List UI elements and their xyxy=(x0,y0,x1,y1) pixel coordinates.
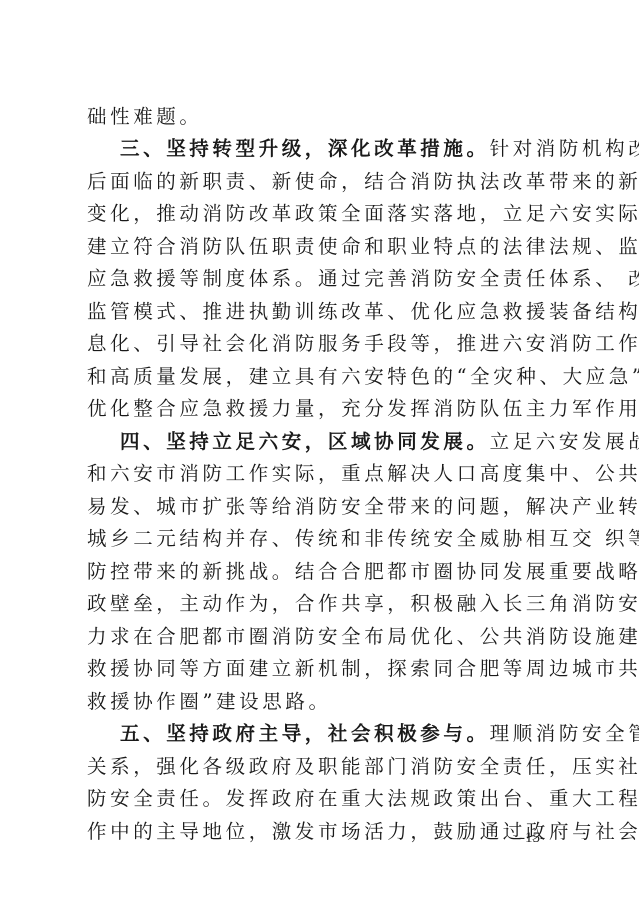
text-line: 息化、引导社会化消防服务手段等，推进六安消防工作转型升级 xyxy=(87,328,562,359)
text-line: 建立符合消防队伍职责使命和职业特点的法律法规、监督执法、 xyxy=(87,231,562,262)
line-text: 作中的主导地位，激发市场活力，鼓励通过政府与社会资本合作、 xyxy=(87,820,639,843)
section-heading-line: 三、坚持转型升级，深化改革措施。针对消防机构改革转制 xyxy=(120,133,562,164)
line-text: 础性难题。 xyxy=(87,105,203,128)
text-line: 作中的主导地位，激发市场活力，鼓励通过政府与社会资本合作、 xyxy=(87,816,562,847)
text-line: 和六安市消防工作实际，重点解决人口高度集中、公共安全事件 xyxy=(87,458,562,489)
section-heading: 三、坚持转型升级，深化改革措施。 xyxy=(120,137,490,160)
line-text: 防安全责任。发挥政府在重大法规政策出台、重大工程建设等工 xyxy=(87,787,639,810)
line-text: 应急救援等制度体系。通过完善消防安全责任体系、 改革消防 xyxy=(87,267,639,290)
document-page: 础性难题。三、坚持转型升级，深化改革措施。针对消防机构改革转制后面临的新职责、新… xyxy=(0,0,639,905)
line-text: 理顺消防安全管理职责 xyxy=(490,722,639,745)
text-line: 关系，强化各级政府及职能部门消防安全责任，压实社会单位消 xyxy=(87,751,562,782)
text-line: 和高质量发展，建立具有六安特色的“全灾种、大应急”工作机制， xyxy=(87,361,562,392)
text-line: 救援协同等方面建立新机制，探索同合肥等周边城市共建“消防 xyxy=(87,653,562,684)
line-text: 立足六安发展战略定位 xyxy=(490,430,639,453)
section-heading-line: 五、坚持政府主导，社会积极参与。理顺消防安全管理职责 xyxy=(120,718,562,749)
line-text: 政壁垒，主动作为，合作共享，积极融入长三角消防安全工作， xyxy=(87,592,639,615)
text-line: 易发、城市扩张等给消防安全带来的问题，解决产业转型升级、 xyxy=(87,491,562,522)
section-heading: 五、坚持政府主导，社会积极参与。 xyxy=(120,722,490,745)
text-line: 防安全责任。发挥政府在重大法规政策出台、重大工程建设等工 xyxy=(87,783,562,814)
section-heading: 四、坚持立足六安，区域协同发展。 xyxy=(120,430,490,453)
line-text: 后面临的新职责、新使命，结合消防执法改革带来的新要求、新 xyxy=(87,170,639,193)
line-text: 变化，推动消防改革政策全面落实落地，立足六安实际， 推动 xyxy=(87,202,639,225)
line-text: 针对消防机构改革转制 xyxy=(490,137,639,160)
text-line: 础性难题。 xyxy=(87,101,562,132)
line-text: 防控带来的新挑战。结合合肥都市圈协同发展重要战略，打破行 xyxy=(87,560,639,583)
text-line: 救援协作圈”建设思路。 xyxy=(87,686,562,717)
line-text: 和高质量发展，建立具有六安特色的“全灾种、大应急”工作机制， xyxy=(87,365,639,388)
line-text: 息化、引导社会化消防服务手段等，推进六安消防工作转型升级 xyxy=(87,332,639,355)
text-line: 应急救援等制度体系。通过完善消防安全责任体系、 改革消防 xyxy=(87,263,562,294)
line-text: 救援协作圈”建设思路。 xyxy=(87,690,332,713)
section-heading-line: 四、坚持立足六安，区域协同发展。立足六安发展战略定位 xyxy=(120,426,562,457)
line-text: 救援协同等方面建立新机制，探索同合肥等周边城市共建“消防 xyxy=(87,657,639,680)
page-number: -15- xyxy=(520,830,545,847)
text-line: 政壁垒，主动作为，合作共享，积极融入长三角消防安全工作， xyxy=(87,588,562,619)
line-text: 建立符合消防队伍职责使命和职业特点的法律法规、监督执法、 xyxy=(87,235,639,258)
line-text: 关系，强化各级政府及职能部门消防安全责任，压实社会单位消 xyxy=(87,755,639,778)
text-line: 变化，推动消防改革政策全面落实落地，立足六安实际， 推动 xyxy=(87,198,562,229)
text-line: 优化整合应急救援力量，充分发挥消防队伍主力军作用。 xyxy=(87,393,562,424)
line-text: 优化整合应急救援力量，充分发挥消防队伍主力军作用。 xyxy=(87,397,639,420)
text-line: 防控带来的新挑战。结合合肥都市圈协同发展重要战略，打破行 xyxy=(87,556,562,587)
text-line: 城乡二元结构并存、传统和非传统安全威胁相互交 织等给火灾 xyxy=(87,523,562,554)
text-line: 监管模式、推进执勤训练改革、优化应急救援装备结构、应用信 xyxy=(87,296,562,327)
text-line: 后面临的新职责、新使命，结合消防执法改革带来的新要求、新 xyxy=(87,166,562,197)
line-text: 监管模式、推进执勤训练改革、优化应急救援装备结构、应用信 xyxy=(87,300,639,323)
line-text: 力求在合肥都市圈消防安全布局优化、公共消防设施建设、应急 xyxy=(87,625,639,648)
text-line: 力求在合肥都市圈消防安全布局优化、公共消防设施建设、应急 xyxy=(87,621,562,652)
line-text: 易发、城市扩张等给消防安全带来的问题，解决产业转型升级、 xyxy=(87,495,639,518)
line-text: 和六安市消防工作实际，重点解决人口高度集中、公共安全事件 xyxy=(87,462,639,485)
line-text: 城乡二元结构并存、传统和非传统安全威胁相互交 织等给火灾 xyxy=(87,527,639,550)
